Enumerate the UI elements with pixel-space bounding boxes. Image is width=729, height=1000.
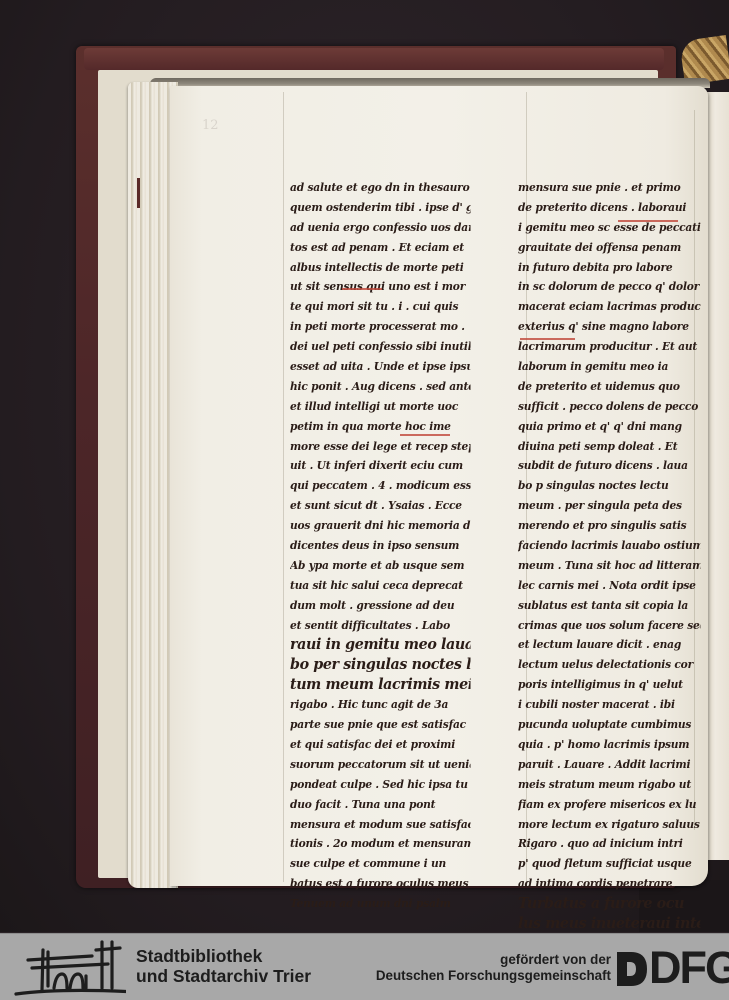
manuscript-line: uos grauerit dni hic memoria de	[290, 516, 471, 536]
manuscript-line: crimas que uos solum facere sed	[518, 616, 700, 636]
manuscript-line: meis stratum meum rigabo ut	[518, 775, 700, 795]
rubric-underline	[342, 288, 382, 290]
manuscript-line: qui peccatem . 4 . modicum essent	[290, 476, 471, 496]
manuscript-line: pondeat culpe . Sed hic ipsa tu	[290, 775, 471, 795]
ruling-line	[283, 92, 284, 882]
manuscript-line: de preterito dicens . laboraui	[518, 198, 700, 218]
manuscript-line: faciendo lacrimis lauabo ostium	[518, 536, 700, 556]
manuscript-line: i cubili noster macerat . ibi	[518, 695, 700, 715]
manuscript-line: Rigaro . quo ad inicium intri	[518, 834, 700, 854]
manuscript-line: lectum uelus delectationis cor	[518, 655, 700, 675]
manuscript-line: ad intima cordis penetrare	[518, 874, 700, 894]
manuscript-line: batus est a furore oculus meus	[290, 874, 471, 894]
rubric-underline	[618, 220, 678, 222]
manuscript-line: meum . Tuna sit hoc ad litteram	[518, 556, 700, 576]
bookmark-tab	[137, 178, 140, 208]
manuscript-line: sue culpe et commune i un	[290, 854, 471, 874]
manuscript-line: quia . p' homo lacrimis ipsum	[518, 735, 700, 755]
manuscript-line: te qui mori sit tu . i . cui quis	[290, 297, 471, 317]
manuscript-line: uit . Ut inferi dixerit eciu cum	[290, 456, 471, 476]
manuscript-line: rigabo . Hic tunc agit de 3a	[290, 695, 471, 715]
gutter-curl	[706, 92, 729, 860]
manuscript-line: parte sue pnie que est satisfac	[290, 715, 471, 735]
manuscript-line: merendo et pro singulis satis	[518, 516, 700, 536]
manuscript-line: et lectum lauare dicit . enag	[518, 635, 700, 655]
manuscript-line: quem ostenderim tibi . ipse d' glo	[290, 198, 471, 218]
manuscript-line: de preterito et uidemus quo	[518, 377, 700, 397]
manuscript-line: suorum peccatorum sit ut uenia res	[290, 755, 471, 775]
manuscript-line: ad uenia ergo confessio uos dampna	[290, 218, 471, 238]
rubric-underline	[400, 434, 450, 436]
manuscript-line: paruit . Lauare . Addit lacrimi	[518, 755, 700, 775]
manuscript-line: sublatus est tanta sit copia la	[518, 596, 700, 616]
institution-name: Stadtbibliothek und Stadtarchiv Trier	[136, 946, 311, 986]
manuscript-line: et illud intelligi ut morte uoc	[290, 397, 471, 417]
manuscript-line: lec carnis mei . Nota ordit ipse	[518, 576, 700, 596]
manuscript-line: dum molt . gressione ad deu	[290, 596, 471, 616]
manuscript-line: p' quod fletum sufficiat usque	[518, 854, 700, 874]
manuscript-line: more lectum ex rigaturo saluus	[518, 815, 700, 835]
manuscript-line: dei uel peti confessio sibi inutilis	[290, 337, 471, 357]
manuscript-line: more esse dei lege et recep step	[290, 437, 471, 457]
manuscript-line: dicentes deus in ipso sensum	[290, 536, 471, 556]
funding-line-2: Deutschen Forschungsgemeinschaft	[376, 968, 611, 984]
dfg-logo: DFG	[617, 948, 721, 988]
manuscript-line: albus intellectis de morte peti	[290, 258, 471, 278]
manuscript-line: sufficit . pecco dolens de pecco	[518, 397, 700, 417]
manuscript-line: et sunt sicut dt . Ysaias . Ecce	[290, 496, 471, 516]
manuscript-line: hic ponit . Aug dicens . sed ante	[290, 377, 471, 397]
cover-top-edge	[84, 48, 664, 70]
manuscript-line: in futuro debita pro labore	[518, 258, 700, 278]
folio-number: 12	[202, 118, 219, 133]
rubric-underline	[520, 338, 575, 340]
manuscript-line: tos est ad penam . Et eciam et	[290, 238, 471, 258]
manuscript-line: pucunda uoluptate cumbimus	[518, 715, 700, 735]
manuscript-line: meum . per singula peta des	[518, 496, 700, 516]
manuscript-line: duo facit . Tuna una pont	[290, 795, 471, 815]
manuscript-line: exterius q' sine magno labore	[518, 317, 700, 337]
manuscript-line: macerat eciam lacrimas producit	[518, 297, 700, 317]
manuscript-line: tum meum lacrimis meis	[290, 675, 471, 695]
manuscript-line: raui in gemitu meo laua	[290, 635, 471, 655]
manuscript-line: tionis . 2o modum et mensuram	[290, 834, 471, 854]
manuscript-line: quia primo et q' q' dni mang	[518, 417, 700, 437]
manuscript-line: fiam ex profere misericos ex lu	[518, 795, 700, 815]
manuscript-line: diuina peti semp doleat . Et	[518, 437, 700, 457]
text-column-right: mensura sue pnie . et primode preterito …	[518, 178, 700, 934]
manuscript-line: et qui satisfac dei et proximi	[290, 735, 471, 755]
manuscript-line: poris intelligimus in q' uelut	[518, 675, 700, 695]
manuscript-line: mensura sue pnie . et primo	[518, 178, 700, 198]
footer-bar: Stadtbibliothek und Stadtarchiv Trier ge…	[0, 933, 729, 1000]
manuscript-line: subdit de futuro dicens . laua	[518, 456, 700, 476]
manuscript-line: Tenuem ad unum dni psalm	[290, 894, 471, 914]
manuscript-line: bo per singulas noctes lec	[290, 655, 471, 675]
manuscript-line: Ab ypa morte et ab usque sem	[290, 556, 471, 576]
manuscript-line: in peti morte processerat mo .	[290, 317, 471, 337]
funding-line-1: gefördert von der	[376, 952, 611, 968]
institution-line-2: und Stadtarchiv Trier	[136, 966, 311, 986]
manuscript-line: lus meus inueteraui inter	[518, 914, 700, 934]
funding-note: gefördert von der Deutschen Forschungsge…	[376, 952, 611, 984]
manuscript-line: grauitate dei offensa penam	[518, 238, 700, 258]
dfg-d-mark-icon	[617, 952, 647, 986]
manuscript-line: esset ad uita . Unde et ipse ipsum	[290, 357, 471, 377]
manuscript-line: tua sit hic salui ceca deprecat	[290, 576, 471, 596]
manuscript-line: bo p singulas noctes lectu	[518, 476, 700, 496]
manuscript-line: ad salute et ego dn in thesauro	[290, 178, 471, 198]
manuscript-line: mensura et modum sue satisfac	[290, 815, 471, 835]
manuscript-line: laborum in gemitu meo ia	[518, 357, 700, 377]
stadtbibliothek-logo-icon	[12, 938, 126, 998]
institution-line-1: Stadtbibliothek	[136, 946, 311, 966]
manuscript-line: in sc dolorum de pecco q' dolor	[518, 277, 700, 297]
dfg-logo-text: DFG	[649, 948, 729, 988]
manuscript-line: et sentit difficultates . Labo	[290, 616, 471, 636]
manuscript-line: Turbatus a furore ocu	[518, 894, 700, 914]
manuscript-line: lacrimarum producitur . Et aut	[518, 337, 700, 357]
